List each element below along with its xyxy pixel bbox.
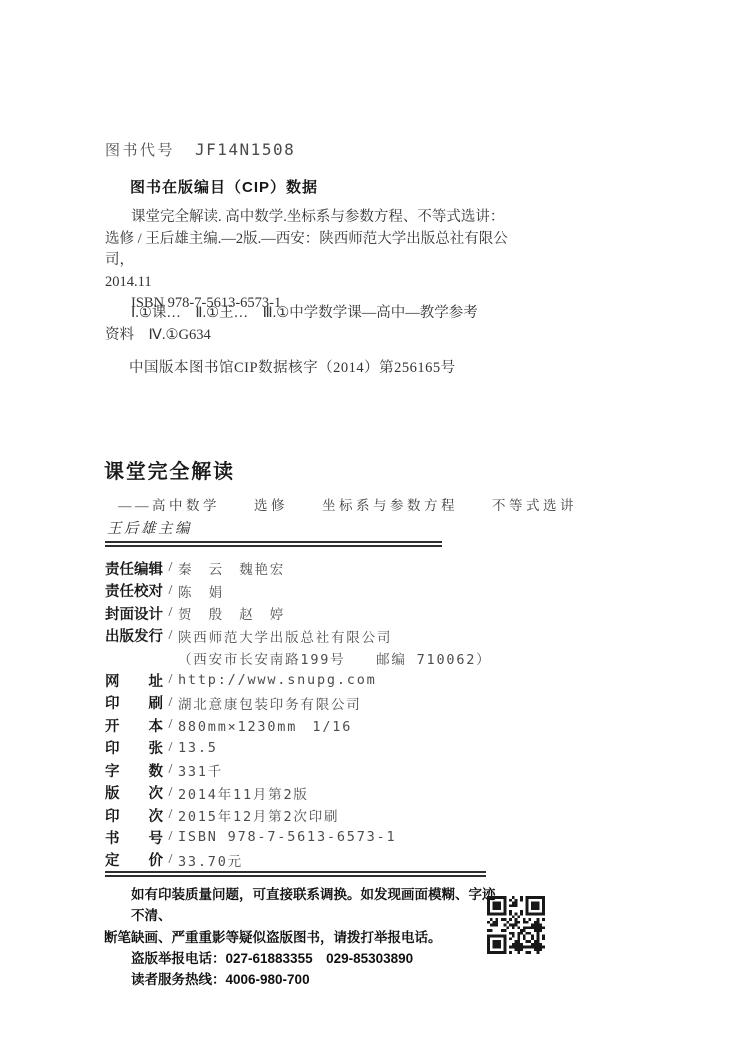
book-subtitle: ——高中数学 选修 坐标系与参数方程 不等式选讲 bbox=[118, 494, 577, 514]
row-separator: / bbox=[163, 717, 178, 733]
table-row: 字数/331千 bbox=[105, 759, 491, 781]
book-code-line: 图书代号JF14N1508 bbox=[105, 139, 295, 160]
notice-line: 断笔缺画、严重重影等疑似盗版图书，请拨打举报电话。 bbox=[104, 927, 504, 948]
cip-description: 课堂完全解读. 高中数学.坐标系与参数方程、不等式选讲： 选修 / 王后雄主编.… bbox=[105, 207, 535, 315]
row-value: 2015年12月第2次印刷 bbox=[178, 805, 339, 825]
table-row: 封面设计/贺 殷 赵 婷 bbox=[105, 602, 491, 624]
row-label: 封面设计 bbox=[105, 603, 163, 624]
table-row: 印次/2015年12月第2次印刷 bbox=[105, 804, 491, 826]
cip-description-line: 课堂完全解读. 高中数学.坐标系与参数方程、不等式选讲： bbox=[105, 207, 535, 229]
row-separator: / bbox=[163, 672, 178, 688]
row-separator: / bbox=[163, 628, 178, 644]
table-row-address: （西安市长安南路199号 邮编 710062） bbox=[105, 647, 491, 669]
row-value: 13.5 bbox=[178, 740, 218, 756]
book-author: 王后雄主编 bbox=[107, 517, 192, 538]
notice-line-report-phone: 盗版举报电话：027-61883355 029-85303890 bbox=[104, 948, 504, 969]
row-value: 陕西师范大学出版总社有限公司 bbox=[178, 626, 392, 646]
notice-line: 如有印装质量问题，可直接联系调换。如发现画面模糊、字迹不清、 bbox=[104, 884, 504, 927]
row-label: 出版发行 bbox=[105, 625, 163, 646]
row-label: 责任编辑 bbox=[105, 558, 163, 579]
qr-code-icon bbox=[487, 896, 545, 954]
row-separator: / bbox=[163, 807, 178, 823]
row-value: 2014年11月第2版 bbox=[178, 783, 309, 803]
row-value: 秦 云 魏艳宏 bbox=[178, 558, 285, 578]
book-code-label: 图书代号 bbox=[105, 143, 175, 159]
table-row: 网址/http://www.snupg.com bbox=[105, 669, 491, 691]
cip-classification: Ⅰ.①课… Ⅱ.①王… Ⅲ.①中学数学课—高中—教学参考 资料 Ⅳ.①G634 bbox=[105, 303, 535, 346]
row-label: 开本 bbox=[105, 715, 163, 736]
table-row: 责任编辑/秦 云 魏艳宏 bbox=[105, 557, 491, 579]
row-value: 33.70元 bbox=[178, 850, 243, 870]
row-label: 印次 bbox=[105, 805, 163, 826]
divider-double-rule-top bbox=[105, 541, 442, 547]
cip-classification-line: Ⅰ.①课… Ⅱ.①王… Ⅲ.①中学数学课—高中—教学参考 bbox=[105, 303, 535, 325]
table-row: 书号/ISBN 978-7-5613-6573-1 bbox=[105, 826, 491, 848]
row-value: 880mm×1230mm 1/16 bbox=[178, 715, 352, 735]
table-row: 印张/13.5 bbox=[105, 737, 491, 759]
row-label: 网址 bbox=[105, 670, 163, 691]
row-separator: / bbox=[163, 605, 178, 621]
table-row: 开本/880mm×1230mm 1/16 bbox=[105, 714, 491, 736]
row-label: 版次 bbox=[105, 782, 163, 803]
book-title: 课堂完全解读 bbox=[104, 455, 235, 484]
notice-line-service-phone: 读者服务热线：4006-980-700 bbox=[104, 969, 504, 990]
row-label: 印刷 bbox=[105, 692, 163, 713]
row-separator: / bbox=[163, 829, 178, 845]
row-separator: / bbox=[163, 785, 178, 801]
row-value: ISBN 978-7-5613-6573-1 bbox=[178, 829, 396, 845]
colophon-table: 责任编辑/秦 云 魏艳宏 责任校对/陈 娟 封面设计/贺 殷 赵 婷 出版发行/… bbox=[105, 557, 491, 871]
cip-classification-line: 资料 Ⅳ.①G634 bbox=[105, 325, 535, 347]
row-value: 陈 娟 bbox=[178, 581, 224, 601]
cip-description-line: 2014.11 bbox=[105, 272, 535, 294]
row-value: http://www.snupg.com bbox=[178, 672, 377, 688]
row-value: 湖北意康包装印务有限公司 bbox=[178, 693, 362, 713]
row-separator: / bbox=[163, 740, 178, 756]
anti-piracy-notice: 如有印装质量问题，可直接联系调换。如发现画面模糊、字迹不清、 断笔缺画、严重重影… bbox=[104, 884, 504, 990]
row-value: 贺 殷 赵 婷 bbox=[178, 603, 285, 623]
row-label: 书号 bbox=[105, 827, 163, 848]
row-separator: / bbox=[163, 695, 178, 711]
copyright-page: 图书代号JF14N1508 图书在版编目（CIP）数据 课堂完全解读. 高中数学… bbox=[0, 0, 750, 1060]
row-value: （西安市长安南路199号 邮编 710062） bbox=[178, 648, 491, 668]
table-row: 出版发行/陕西师范大学出版总社有限公司 bbox=[105, 624, 491, 646]
row-label: 印张 bbox=[105, 737, 163, 758]
book-code-value: JF14N1508 bbox=[195, 140, 295, 159]
cip-heading: 图书在版编目（CIP）数据 bbox=[130, 176, 318, 197]
row-label: 字数 bbox=[105, 760, 163, 781]
divider-double-rule-bottom bbox=[105, 871, 486, 877]
row-separator: / bbox=[163, 583, 178, 599]
cip-description-line: 选修 / 王后雄主编.—2版.—西安：陕西师范大学出版总社有限公司， bbox=[105, 229, 535, 272]
row-label: 责任校对 bbox=[105, 580, 163, 601]
table-row: 责任校对/陈 娟 bbox=[105, 579, 491, 601]
row-label: 定价 bbox=[105, 849, 163, 870]
cip-record-number: 中国版本图书馆CIP数据核字（2014）第256165号 bbox=[129, 356, 456, 377]
row-value: 331千 bbox=[178, 760, 223, 780]
table-row: 印刷/湖北意康包装印务有限公司 bbox=[105, 692, 491, 714]
row-separator: / bbox=[163, 560, 178, 576]
table-row: 定价/33.70元 bbox=[105, 849, 491, 871]
row-separator: / bbox=[163, 762, 178, 778]
table-row: 版次/2014年11月第2版 bbox=[105, 781, 491, 803]
row-separator: / bbox=[163, 852, 178, 868]
